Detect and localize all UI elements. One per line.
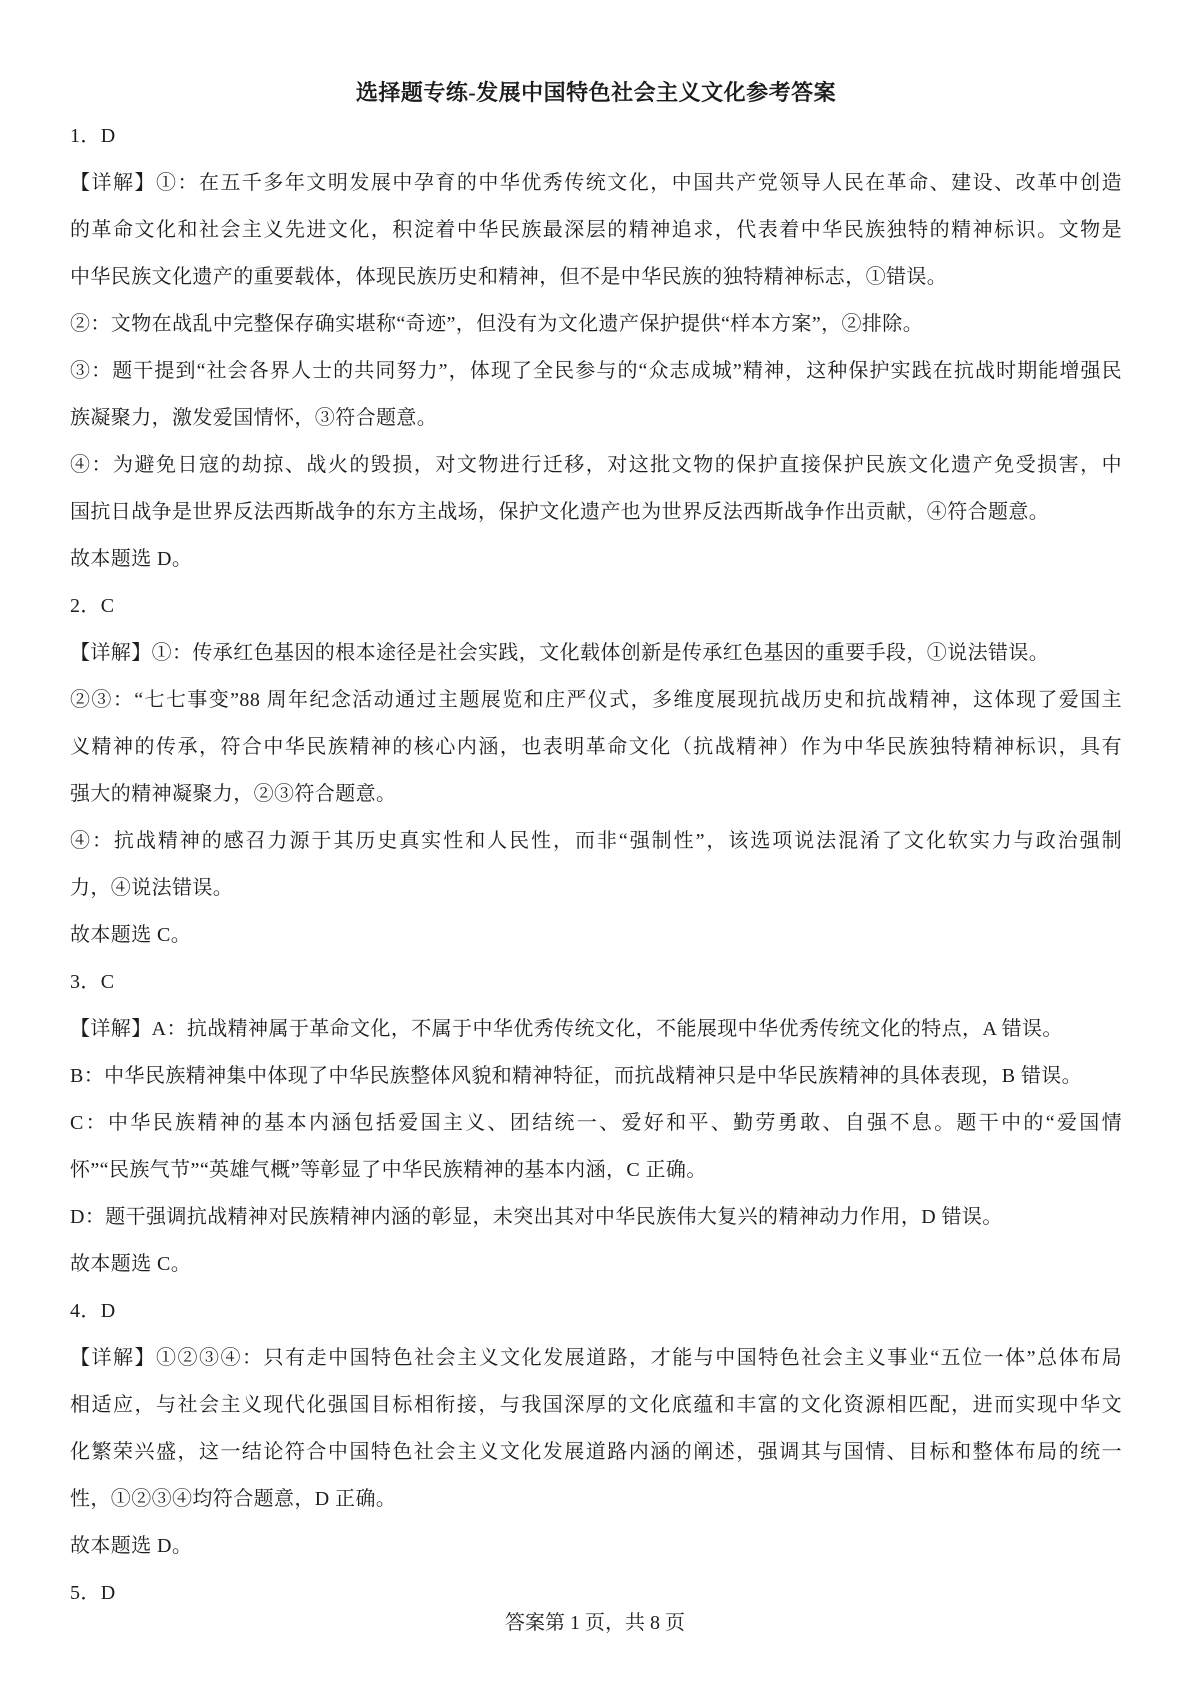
text-line: 【详解】A：抗战精神属于革命文化，不属于中华优秀传统文化，不能展现中华优秀传统文… [70,1006,1122,1053]
text-line: 4．D [70,1288,1122,1335]
text-line: 国抗日战争是世界反法西斯战争的东方主战场，保护文化遗产也为世界反法西斯战争作出贡… [70,489,1122,536]
text-line: ②③：“七七事变”88 周年纪念活动通过主题展览和庄严仪式，多维度展现抗战历史和… [70,677,1122,724]
text-line: 中华民族文化遗产的重要载体，体现民族历史和精神，但不是中华民族的独特精神标志，①… [70,254,1122,301]
page-title: 选择题专练-发展中国特色社会主义文化参考答案 [70,73,1122,113]
text-line: 【详解】①②③④：只有走中国特色社会主义文化发展道路，才能与中国特色社会主义事业… [70,1335,1122,1382]
text-line: 【详解】①：在五千多年文明发展中孕育的中华优秀传统文化，中国共产党领导人民在革命… [70,160,1122,207]
text-line: 性，①②③④均符合题意，D 正确。 [70,1476,1122,1523]
text-line: 故本题选 C。 [70,1241,1122,1288]
text-line: B：中华民族精神集中体现了中华民族整体风貌和精神特征，而抗战精神只是中华民族精神… [70,1053,1122,1100]
text-line: 2．C [70,583,1122,630]
text-line: 3．C [70,959,1122,1006]
document-page: 选择题专练-发展中国特色社会主义文化参考答案 1．D【详解】①：在五千多年文明发… [0,0,1190,1682]
document-content: 选择题专练-发展中国特色社会主义文化参考答案 1．D【详解】①：在五千多年文明发… [0,0,1190,1617]
text-line: ②：文物在战乱中完整保存确实堪称“奇迹”，但没有为文化遗产保护提供“样本方案”，… [70,301,1122,348]
text-line: 强大的精神凝聚力，②③符合题意。 [70,771,1122,818]
text-line: ④：抗战精神的感召力源于其历史真实性和人民性，而非“强制性”，该选项说法混淆了文… [70,818,1122,865]
text-line: ③：题干提到“社会各界人士的共同努力”，体现了全民参与的“众志成城”精神，这种保… [70,348,1122,395]
text-line: 怀”“民族气节”“英雄气概”等彰显了中华民族精神的基本内涵，C 正确。 [70,1147,1122,1194]
text-line: 化繁荣兴盛，这一结论符合中国特色社会主义文化发展道路内涵的阐述，强调其与国情、目… [70,1429,1122,1476]
text-line: 故本题选 C。 [70,912,1122,959]
text-line: 的革命文化和社会主义先进文化，积淀着中华民族最深层的精神追求，代表着中华民族独特… [70,207,1122,254]
text-line: 力，④说法错误。 [70,865,1122,912]
text-line: C：中华民族精神的基本内涵包括爱国主义、团结统一、爱好和平、勤劳勇敢、自强不息。… [70,1100,1122,1147]
text-line: 故本题选 D。 [70,536,1122,583]
text-line: 相适应，与社会主义现代化强国目标相衔接，与我国深厚的文化底蕴和丰富的文化资源相匹… [70,1382,1122,1429]
page-footer: 答案第 1 页，共 8 页 [0,1602,1190,1644]
text-line: D：题干强调抗战精神对民族精神内涵的彰显，未突出其对中华民族伟大复兴的精神动力作… [70,1194,1122,1241]
text-line: ④：为避免日寇的劫掠、战火的毁损，对文物进行迁移，对这批文物的保护直接保护民族文… [70,442,1122,489]
text-line: 1．D [70,113,1122,160]
text-line: 族凝聚力，激发爱国情怀，③符合题意。 [70,395,1122,442]
document-body: 1．D【详解】①：在五千多年文明发展中孕育的中华优秀传统文化，中国共产党领导人民… [70,113,1122,1617]
text-line: 义精神的传承，符合中华民族精神的核心内涵，也表明革命文化（抗战精神）作为中华民族… [70,724,1122,771]
text-line: 故本题选 D。 [70,1523,1122,1570]
text-line: 【详解】①：传承红色基因的根本途径是社会实践，文化载体创新是传承红色基因的重要手… [70,630,1122,677]
